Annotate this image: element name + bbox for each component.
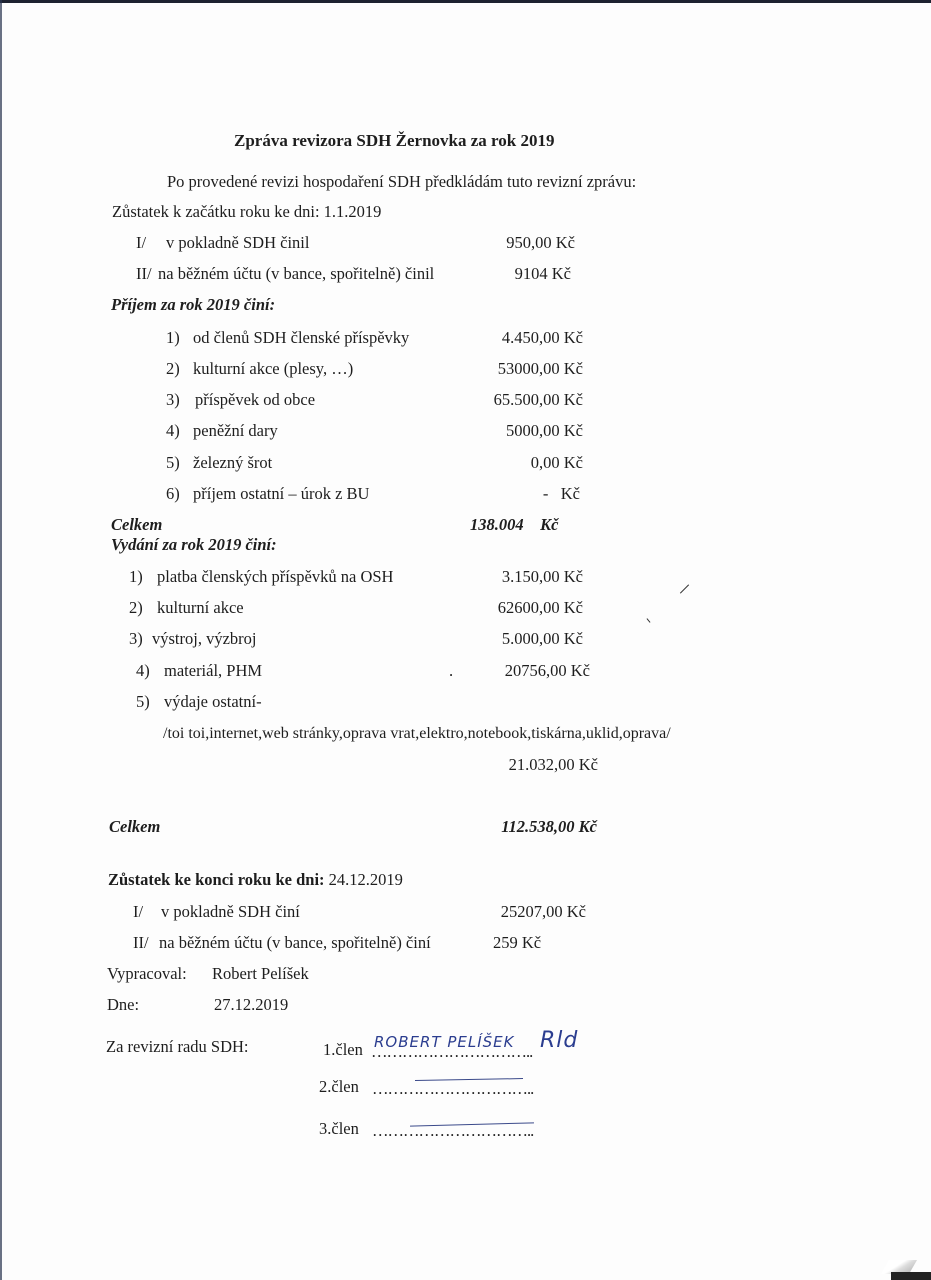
row-amount: 53000,00 Kč [423,359,583,379]
committee-label: Za revizní radu SDH: [106,1037,249,1057]
row-number: 3) [166,390,180,410]
row-amount: - Kč [420,484,580,504]
row-label: peněžní dary [193,421,278,441]
row-number: 6) [166,484,180,504]
row-number: 2) [129,598,143,618]
row-amount: 25207,00 Kč [440,902,586,922]
member-label: 2.člen [319,1077,359,1097]
row-number: 2) [166,359,180,379]
date-label: Dne: [107,995,139,1015]
income-total-amount: 138.004 Kč [470,515,558,535]
row-label: v pokladně SDH činil [166,233,309,253]
scan-edge-top [0,0,931,3]
row-number: 3) [129,629,143,649]
row-amount: 950,00 Kč [440,233,575,253]
row-label: materiál, PHM [164,661,262,681]
closing-heading-label: Zůstatek ke konci roku ke dni: [108,870,325,889]
stray-dot: . [449,661,453,681]
row-amount: 65.500,00 Kč [423,390,583,410]
scan-edge-left [0,0,2,1280]
row-number: 1) [166,328,180,348]
row-number: II/ [133,933,149,953]
handwritten-initials: Rld [540,1028,578,1053]
expenses-heading: Vydání za rok 2019 činí: [111,535,277,555]
row-number: I/ [133,902,143,922]
row-amount: 5000,00 Kč [423,421,583,441]
date-value: 27.12.2019 [214,995,288,1015]
row-label: kulturní akce (plesy, …) [193,359,353,379]
expenses-total-label: Celkem [109,817,160,837]
document-title: Zpráva revizora SDH Žernovka za rok 2019 [234,131,554,151]
intro-text: Po provedené revizi hospodaření SDH před… [167,172,636,192]
row-label: kulturní akce [157,598,244,618]
row-label: výdaje ostatní- [164,692,262,712]
prepared-by-label: Vypracoval: [107,964,187,984]
closing-heading-date: 24.12.2019 [329,870,403,889]
row-number: I/ [136,233,146,253]
member-label: 3.člen [319,1119,359,1139]
pen-mark [647,618,651,622]
row-amount: 62600,00 Kč [423,598,583,618]
closing-balance-heading: Zůstatek ke konci roku ke dni: 24.12.201… [108,870,403,890]
prepared-by-name: Robert Pelíšek [212,964,309,984]
row-number: 4) [136,661,150,681]
row-label: příspěvek od obce [195,390,315,410]
row-label: železný šrot [193,453,272,473]
row-label: platba členských příspěvků na OSH [157,567,393,587]
row-amount: 5.000,00 Kč [423,629,583,649]
other-expenses-amount: 21.032,00 Kč [440,755,598,775]
row-amount: 20756,00 Kč [430,661,590,681]
row-amount: 9104 Kč [440,264,571,284]
handwritten-signature: ROBERT PELÍŠEK [374,1033,515,1051]
signature-dots: ………………………….. [372,1079,533,1099]
member-label: 1.člen [323,1040,363,1060]
row-label: výstroj, výzbroj [152,629,257,649]
row-label: na běžném účtu (v bance, spořitelně) čin… [158,264,434,284]
row-label: v pokladně SDH činí [161,902,300,922]
row-number: 4) [166,421,180,441]
row-amount: 4.450,00 Kč [423,328,583,348]
row-label: příjem ostatní – úrok z BU [193,484,369,504]
row-label: od členů SDH členské příspěvky [193,328,409,348]
pen-mark [680,584,689,593]
row-amount: 0,00 Kč [423,453,583,473]
row-number: 1) [129,567,143,587]
row-number: II/ [136,264,152,284]
income-total-label: Celkem [111,515,162,535]
row-amount: 3.150,00 Kč [423,567,583,587]
income-heading: Příjem za rok 2019 činí: [111,295,275,315]
row-number: 5) [166,453,180,473]
expenses-total-amount: 112.538,00 Kč [440,817,597,837]
other-expenses-detail: /toi toi,internet,web stránky,oprava vra… [163,724,671,744]
row-label: na běžném účtu (v bance, spořitelně) čin… [159,933,431,953]
row-number: 5) [136,692,150,712]
row-amount: 259 Kč [493,933,541,953]
scan-edge-bottom [891,1272,931,1280]
opening-balance-heading: Zůstatek k začátku roku ke dni: 1.1.2019 [112,202,381,222]
